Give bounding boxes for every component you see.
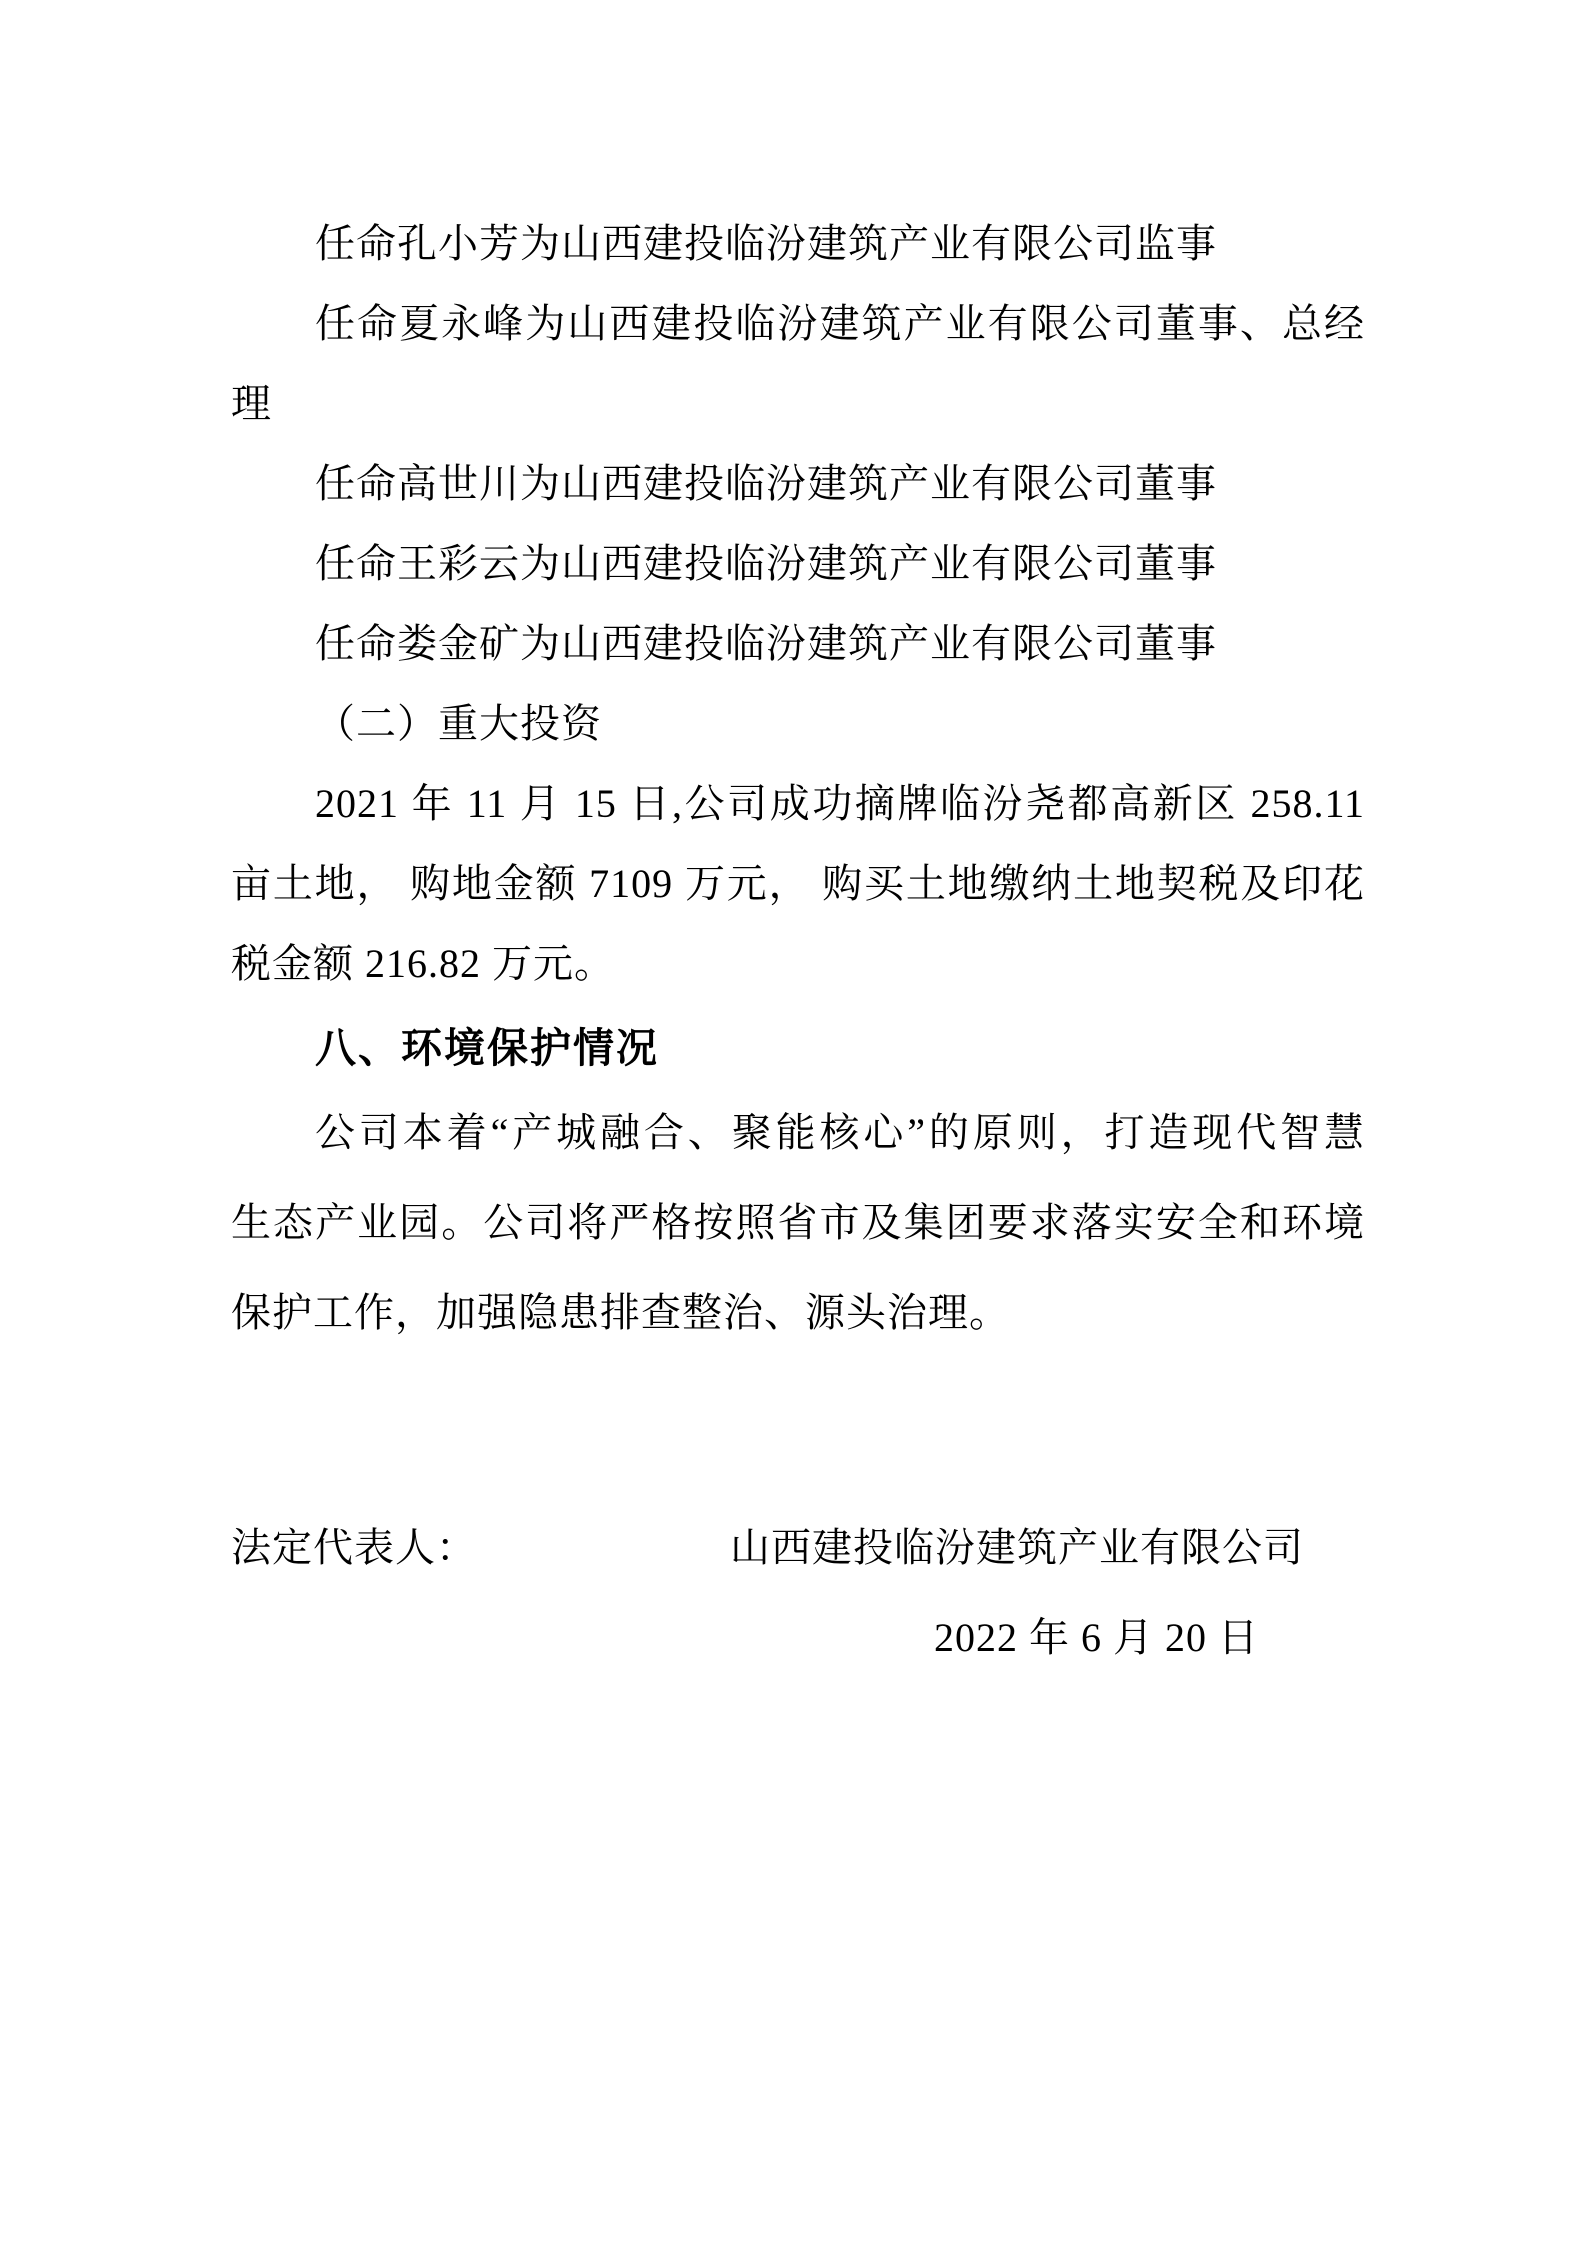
document-page: 任命孔小芳为山西建投临汾建筑产业有限公司监事 任命夏永峰为山西建投临汾建筑产业有… [0,0,1587,2245]
document-body: 任命孔小芳为山西建投临汾建筑产业有限公司监事 任命夏永峰为山西建投临汾建筑产业有… [231,204,1365,1358]
environment-paragraph-line-2: 生态产业园。公司将严格按照省市及集团要求落实安全和环境 [231,1178,1365,1268]
environment-paragraph-line-1: 公司本着“产城融合、聚能核心”的原则，打造现代智慧 [231,1088,1365,1178]
subsection-heading-major-investment: （二）重大投资 [231,684,1365,764]
section-heading-environment: 八、环境保护情况 [231,1008,1365,1088]
appointment-line-wang: 任命王彩云为山西建投临汾建筑产业有限公司董事 [231,524,1365,604]
appointment-line-kong: 任命孔小芳为山西建投临汾建筑产业有限公司监事 [231,204,1365,284]
company-name: 山西建投临汾建筑产业有限公司 [730,1503,1304,1593]
environment-paragraph-line-3: 保护工作，加强隐患排查整治、源头治理。 [231,1268,1365,1358]
investment-paragraph-line-2: 亩土地， 购地金额 7109 万元， 购买土地缴纳土地契税及印花 [231,844,1365,924]
document-date: 2022 年 6 月 20 日 [231,1593,1365,1683]
investment-paragraph-line-3: 税金额 216.82 万元。 [231,924,1365,1004]
appointment-line-gao: 任命高世川为山西建投临汾建筑产业有限公司董事 [231,444,1365,524]
appointment-line-xia-continuation: 理 [231,364,1365,444]
appointment-line-xia: 任命夏永峰为山西建投临汾建筑产业有限公司董事、总经 [231,284,1365,364]
legal-rep-label: 法定代表人： [231,1503,477,1593]
investment-paragraph-line-1: 2021 年 11 月 15 日,公司成功摘牌临汾尧都高新区 258.11 [231,764,1365,844]
appointment-line-lou: 任命娄金矿为山西建投临汾建筑产业有限公司董事 [231,604,1365,684]
document-footer: 法定代表人： 山西建投临汾建筑产业有限公司 2022 年 6 月 20 日 [231,1503,1365,1683]
signature-row: 法定代表人： 山西建投临汾建筑产业有限公司 [231,1503,1365,1593]
